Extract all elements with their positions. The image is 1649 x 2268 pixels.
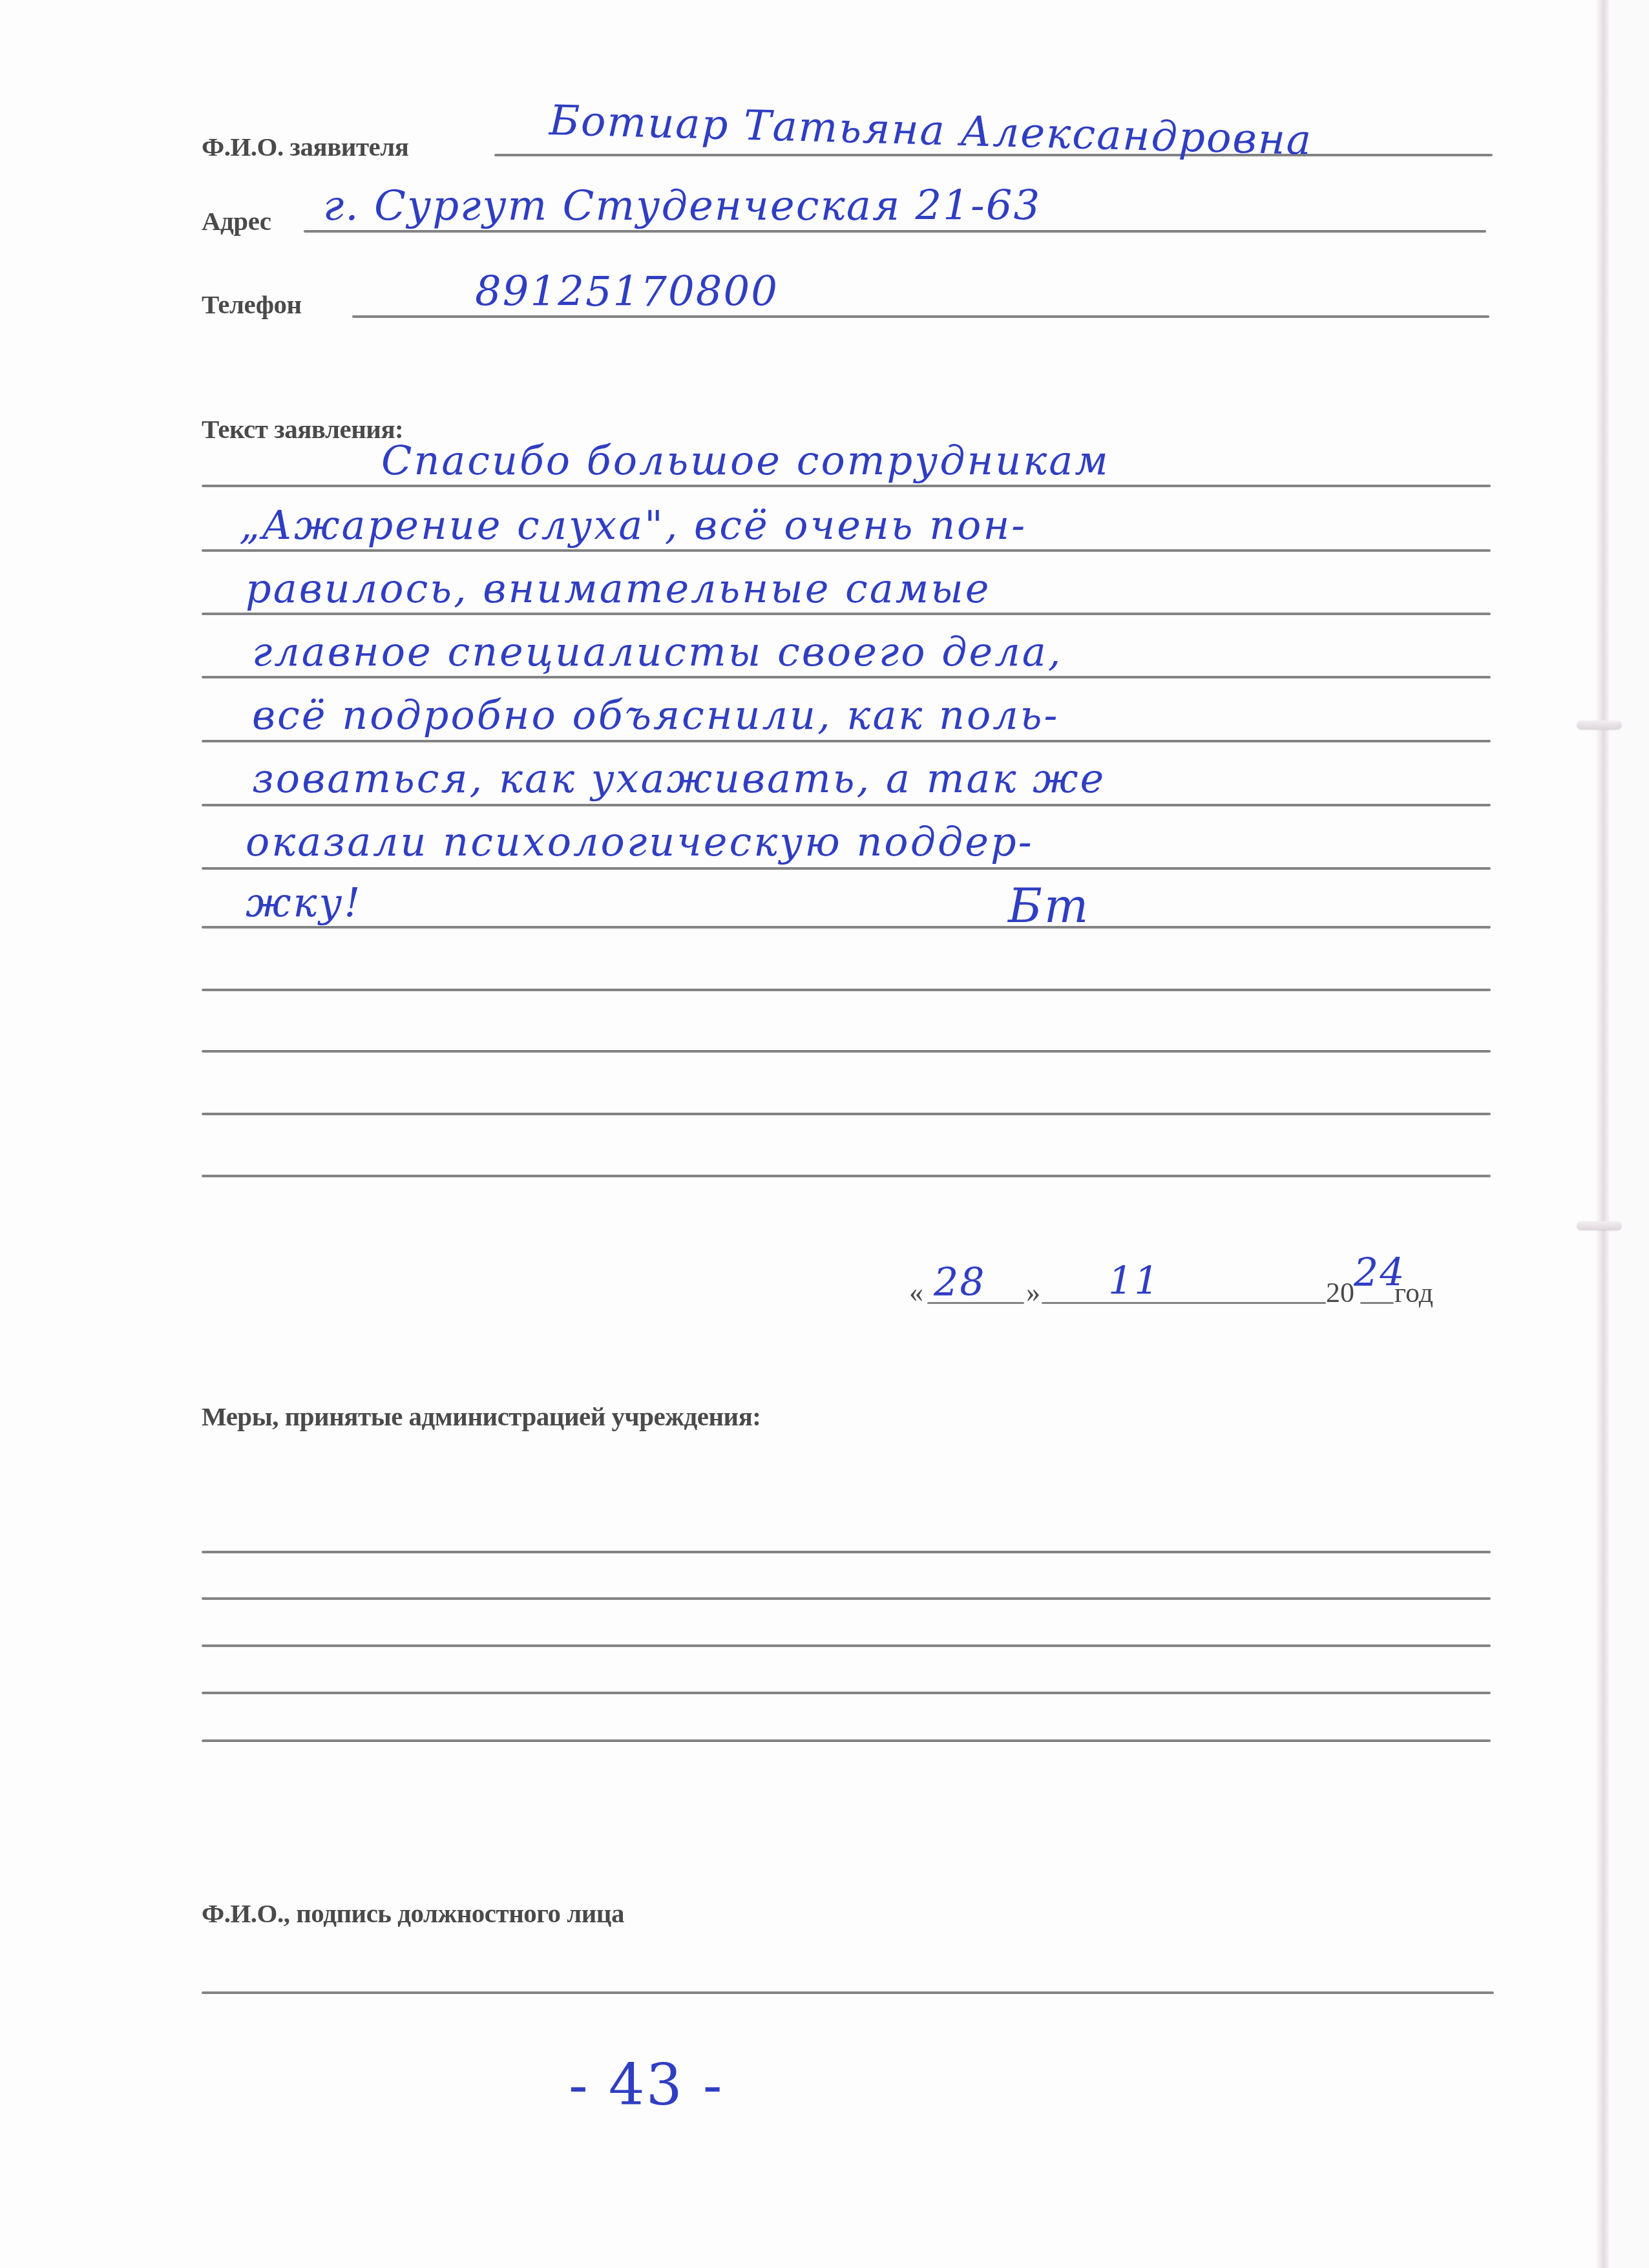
- statement-text-line[interactable]: главное специалисты своего дела,: [252, 628, 1062, 675]
- address-line: [304, 230, 1486, 233]
- statement-line: [202, 989, 1491, 991]
- measures-line[interactable]: [202, 1692, 1491, 1694]
- statement-line: [202, 1050, 1491, 1053]
- statement-line: [202, 485, 1491, 487]
- statement-text-line[interactable]: жку!: [246, 879, 362, 926]
- date-year-line: [1360, 1302, 1394, 1304]
- statement-line: [202, 1175, 1491, 1177]
- address-value[interactable]: г. Сургут Студенческая 21-63: [323, 182, 1041, 230]
- date-close-quote: »: [1026, 1276, 1040, 1309]
- statement-text-line[interactable]: Спасибо большое сотрудникам: [381, 437, 1110, 484]
- official-label: Ф.И.О., подпись должностного лица: [202, 1898, 624, 1929]
- page-margin: [1609, 0, 1649, 2268]
- measures-line[interactable]: [202, 1644, 1491, 1647]
- phone-value[interactable]: 89125170800: [475, 268, 779, 316]
- statement-line: [202, 926, 1491, 929]
- statement-line: [202, 804, 1491, 806]
- phone-label: Телефон: [202, 289, 302, 320]
- date-day[interactable]: 28: [934, 1260, 985, 1305]
- measures-line[interactable]: [202, 1597, 1491, 1600]
- statement-text-line[interactable]: оказали психологическую поддер-: [246, 818, 1034, 865]
- page-number: - 43 -: [569, 2052, 723, 2118]
- statement-line: [202, 676, 1491, 678]
- date-month[interactable]: 11: [1108, 1259, 1160, 1304]
- measures-label: Меры, принятые администрацией учреждения…: [202, 1401, 761, 1432]
- address-label: Адрес: [202, 205, 271, 236]
- date-open-quote: «: [909, 1276, 923, 1309]
- binding-staple: [1577, 720, 1622, 730]
- scanned-form-page: Ф.И.О. заявителя Ботиар Татьяна Александ…: [0, 0, 1649, 2268]
- statement-line: [202, 867, 1491, 870]
- applicant-name-label: Ф.И.О. заявителя: [202, 131, 408, 162]
- statement-text-line[interactable]: равилось, внимательные самые: [246, 565, 991, 612]
- date-year-word: год: [1394, 1276, 1433, 1309]
- official-signature-line[interactable]: [202, 1991, 1494, 1994]
- statement-label: Текст заявления:: [202, 414, 403, 445]
- statement-text-line[interactable]: „Ажарение слуха", всё очень пон-: [239, 501, 1027, 549]
- binding-staple: [1577, 1221, 1622, 1230]
- page-fold-shadow: [1595, 0, 1609, 2268]
- statement-line: [202, 740, 1491, 742]
- applicant-signature: Бт: [1008, 879, 1090, 933]
- measures-line[interactable]: [202, 1739, 1491, 1742]
- date-month-line: [1042, 1302, 1326, 1304]
- statement-line: [202, 549, 1491, 552]
- statement-line: [202, 613, 1491, 615]
- statement-line: [202, 1113, 1491, 1115]
- statement-text-line[interactable]: зоваться, как ухаживать, а так же: [252, 755, 1106, 802]
- measures-line[interactable]: [202, 1551, 1491, 1553]
- date-year-prefix: 20: [1326, 1276, 1354, 1309]
- statement-text-line[interactable]: всё подробно объяснили, как поль-: [252, 691, 1060, 739]
